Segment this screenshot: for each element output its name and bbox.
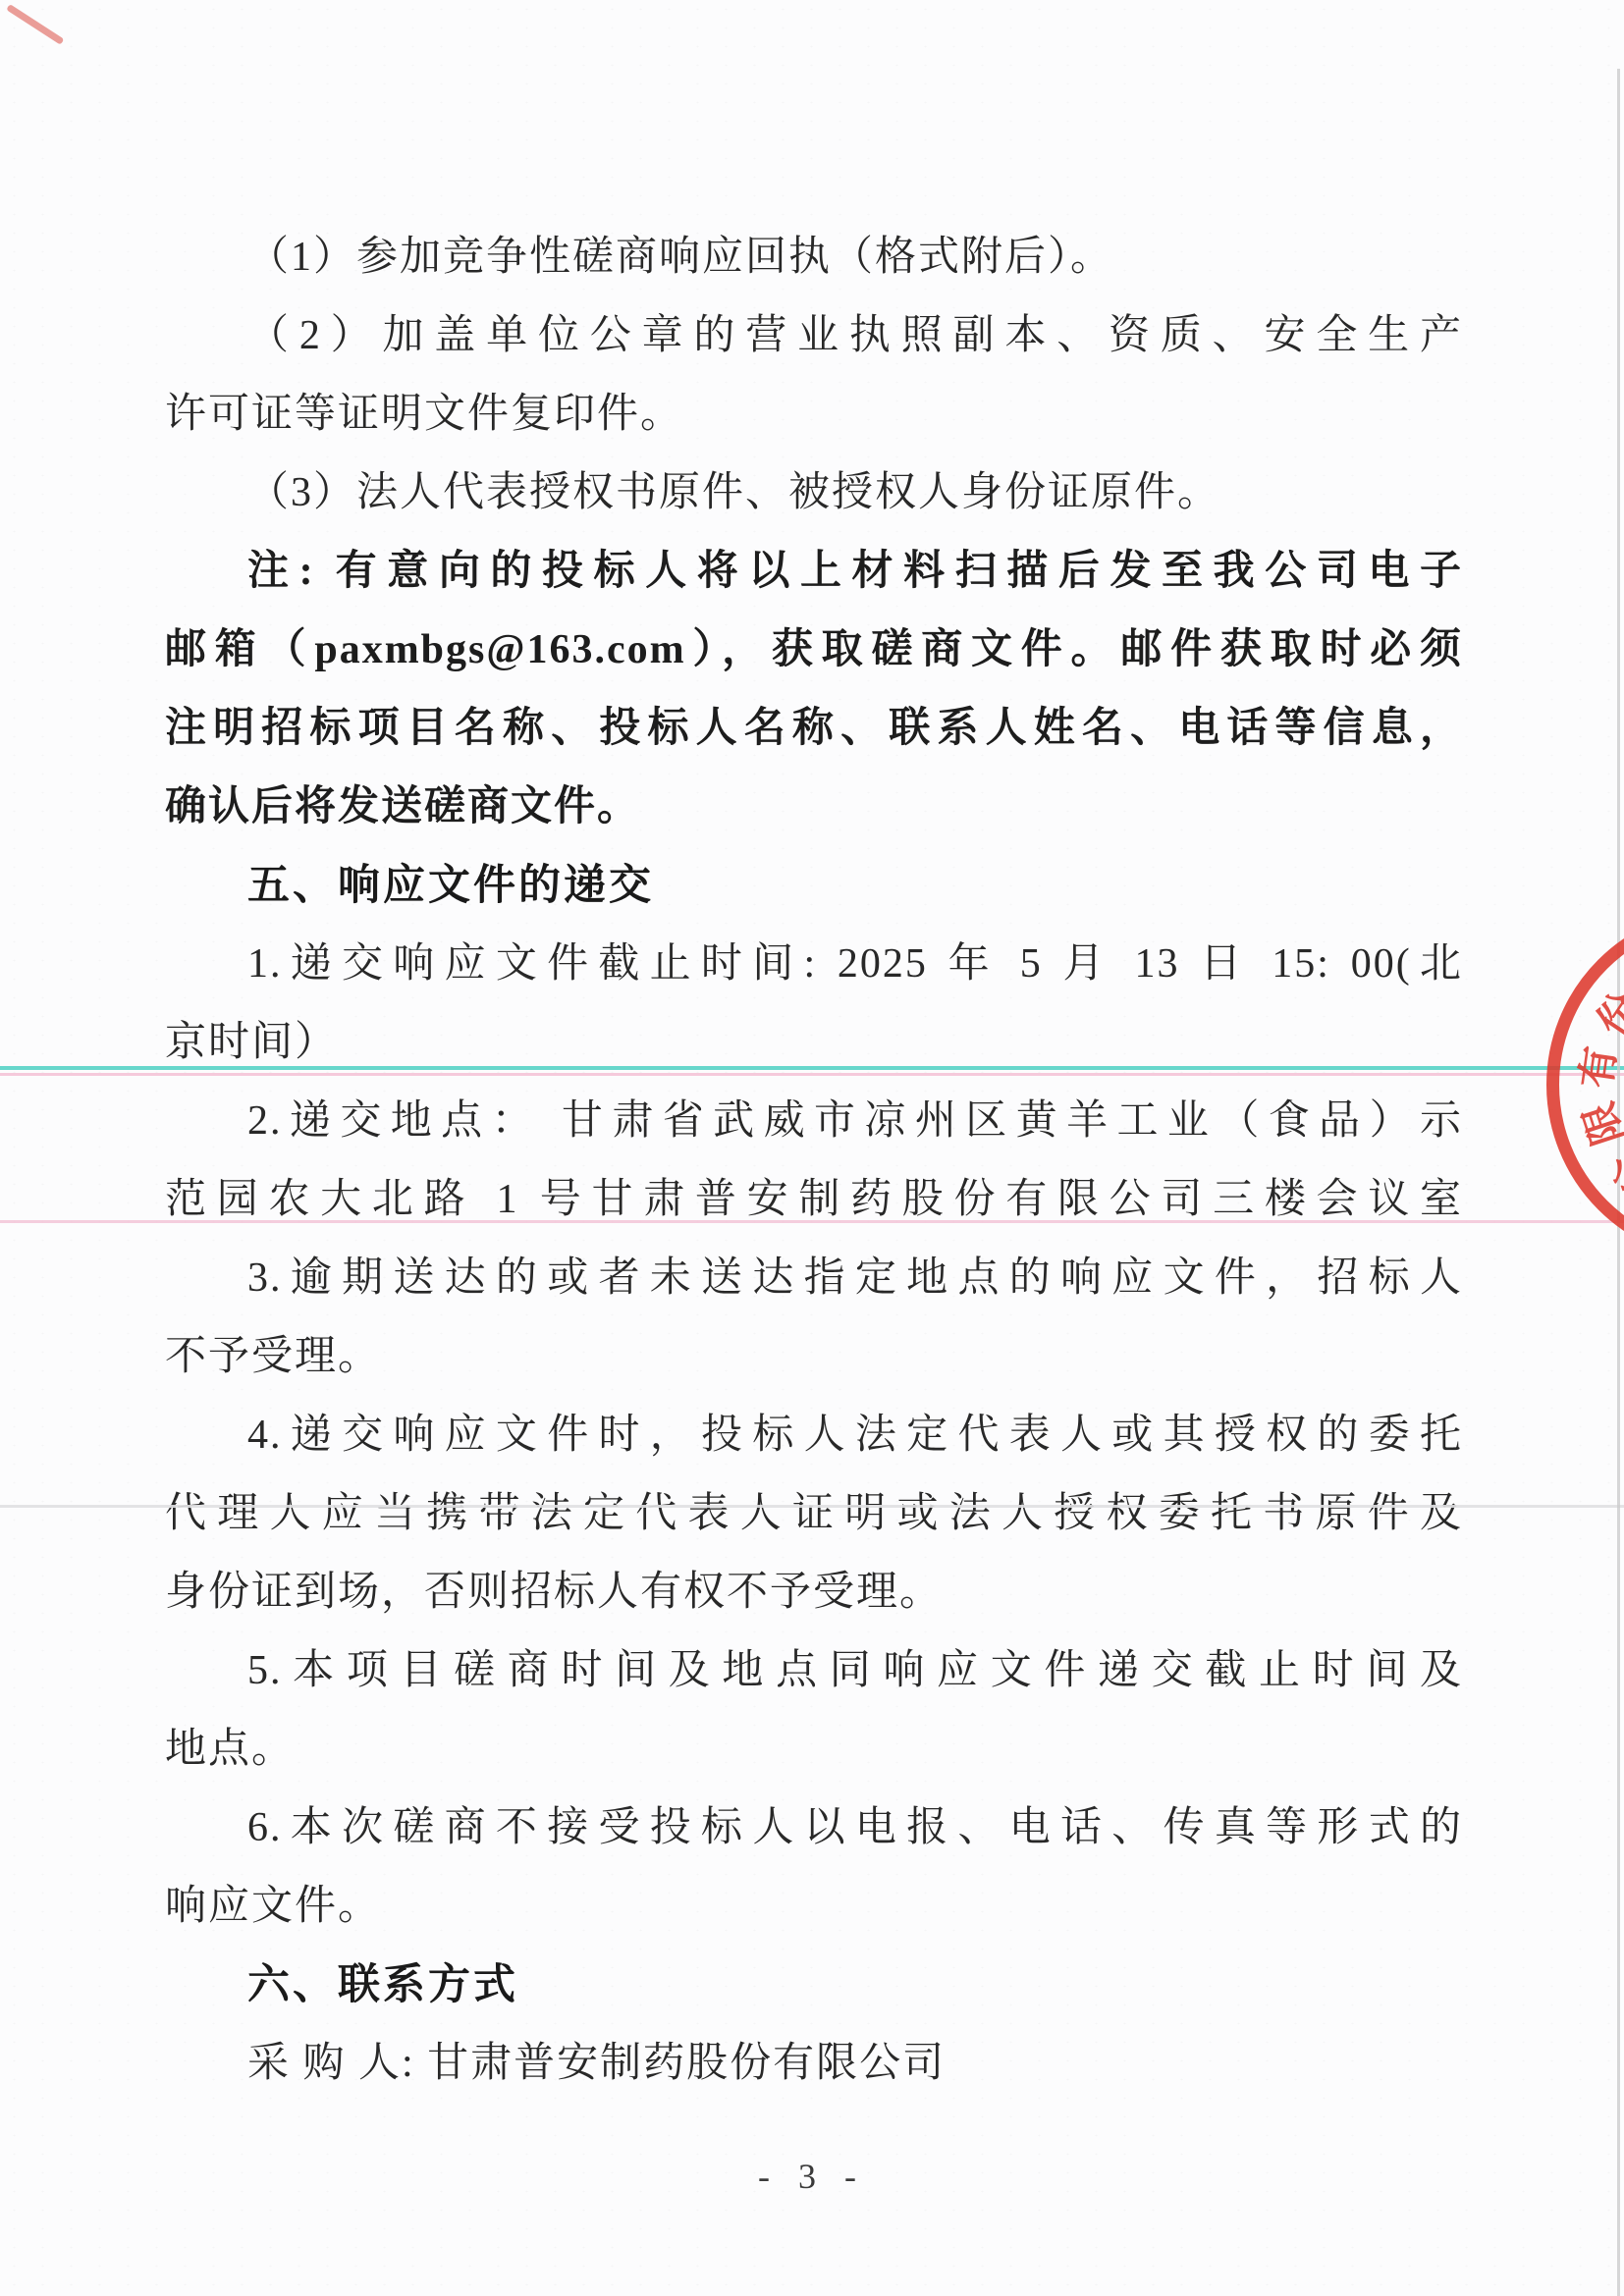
- scan-corner-mark: [6, 4, 64, 45]
- text-line: 采 购 人: 甘肃普安制药股份有限公司: [165, 2024, 1463, 2103]
- seal-character: 有: [1576, 1043, 1622, 1090]
- text-line: 不予受理。: [165, 1317, 1463, 1396]
- seal-character: 公: [1603, 1143, 1624, 1201]
- text-line: 范园农大北路 1 号甘肃普安制药股份有限公司三楼会议室: [165, 1160, 1463, 1239]
- page-number: - 3 -: [0, 2156, 1624, 2197]
- text-line: （2）加盖单位公章的营业执照副本、资质、安全生产: [165, 296, 1463, 375]
- company-seal-stamp: 股份有限公司: [1546, 908, 1624, 1261]
- text-line: 邮箱（paxmbgs@163.com），获取磋商文件。邮件获取时必须: [165, 611, 1463, 689]
- seal-ring: [1546, 908, 1624, 1261]
- text-line: （1）参加竞争性磋商响应回执（格式附后）。: [165, 218, 1463, 296]
- seal-character: 份: [1591, 986, 1624, 1042]
- text-line: 3.逾期送达的或者未送达指定地点的响应文件，招标人: [165, 1239, 1463, 1317]
- text-line: 五、响应文件的递交: [165, 846, 1463, 925]
- text-line: 6.本次磋商不接受投标人以电报、电话、传真等形式的: [165, 1789, 1463, 1867]
- text-line: 六、联系方式: [165, 1946, 1463, 2024]
- text-line: 身份证到场，否则招标人有权不予受理。: [165, 1553, 1463, 1631]
- text-line: 注明招标项目名称、投标人名称、联系人姓名、电话等信息，: [165, 689, 1463, 768]
- text-line: 响应文件。: [165, 1867, 1463, 1946]
- seal-character: 限: [1578, 1097, 1624, 1149]
- text-line: （3）法人代表授权书原件、被授权人身份证原件。: [165, 454, 1463, 532]
- text-line: 地点。: [165, 1710, 1463, 1789]
- text-line: 5.本项目磋商时间及地点同响应文件递交截止时间及: [165, 1631, 1463, 1710]
- document-page: （1）参加竞争性磋商响应回执（格式附后）。（2）加盖单位公章的营业执照副本、资质…: [0, 0, 1624, 2296]
- text-line: 2.递交地点： 甘肃省武威市凉州区黄羊工业（食品）示: [165, 1082, 1463, 1160]
- text-line: 京时间）: [165, 1003, 1463, 1082]
- page-edge-line: [1617, 69, 1620, 2296]
- text-line: 1.递交响应文件截止时间: 2025 年 5 月 13 日 15: 00(北: [165, 925, 1463, 1003]
- document-body: （1）参加竞争性磋商响应回执（格式附后）。（2）加盖单位公章的营业执照副本、资质…: [165, 218, 1463, 2103]
- text-line: 代理人应当携带法定代表人证明或法人授权委托书原件及: [165, 1474, 1463, 1553]
- text-line: 确认后将发送磋商文件。: [165, 768, 1463, 846]
- text-line: 许可证等证明文件复印件。: [165, 375, 1463, 454]
- text-line: 4.递交响应文件时，投标人法定代表人或其授权的委托: [165, 1396, 1463, 1474]
- text-line: 注: 有意向的投标人将以上材料扫描后发至我公司电子: [165, 532, 1463, 611]
